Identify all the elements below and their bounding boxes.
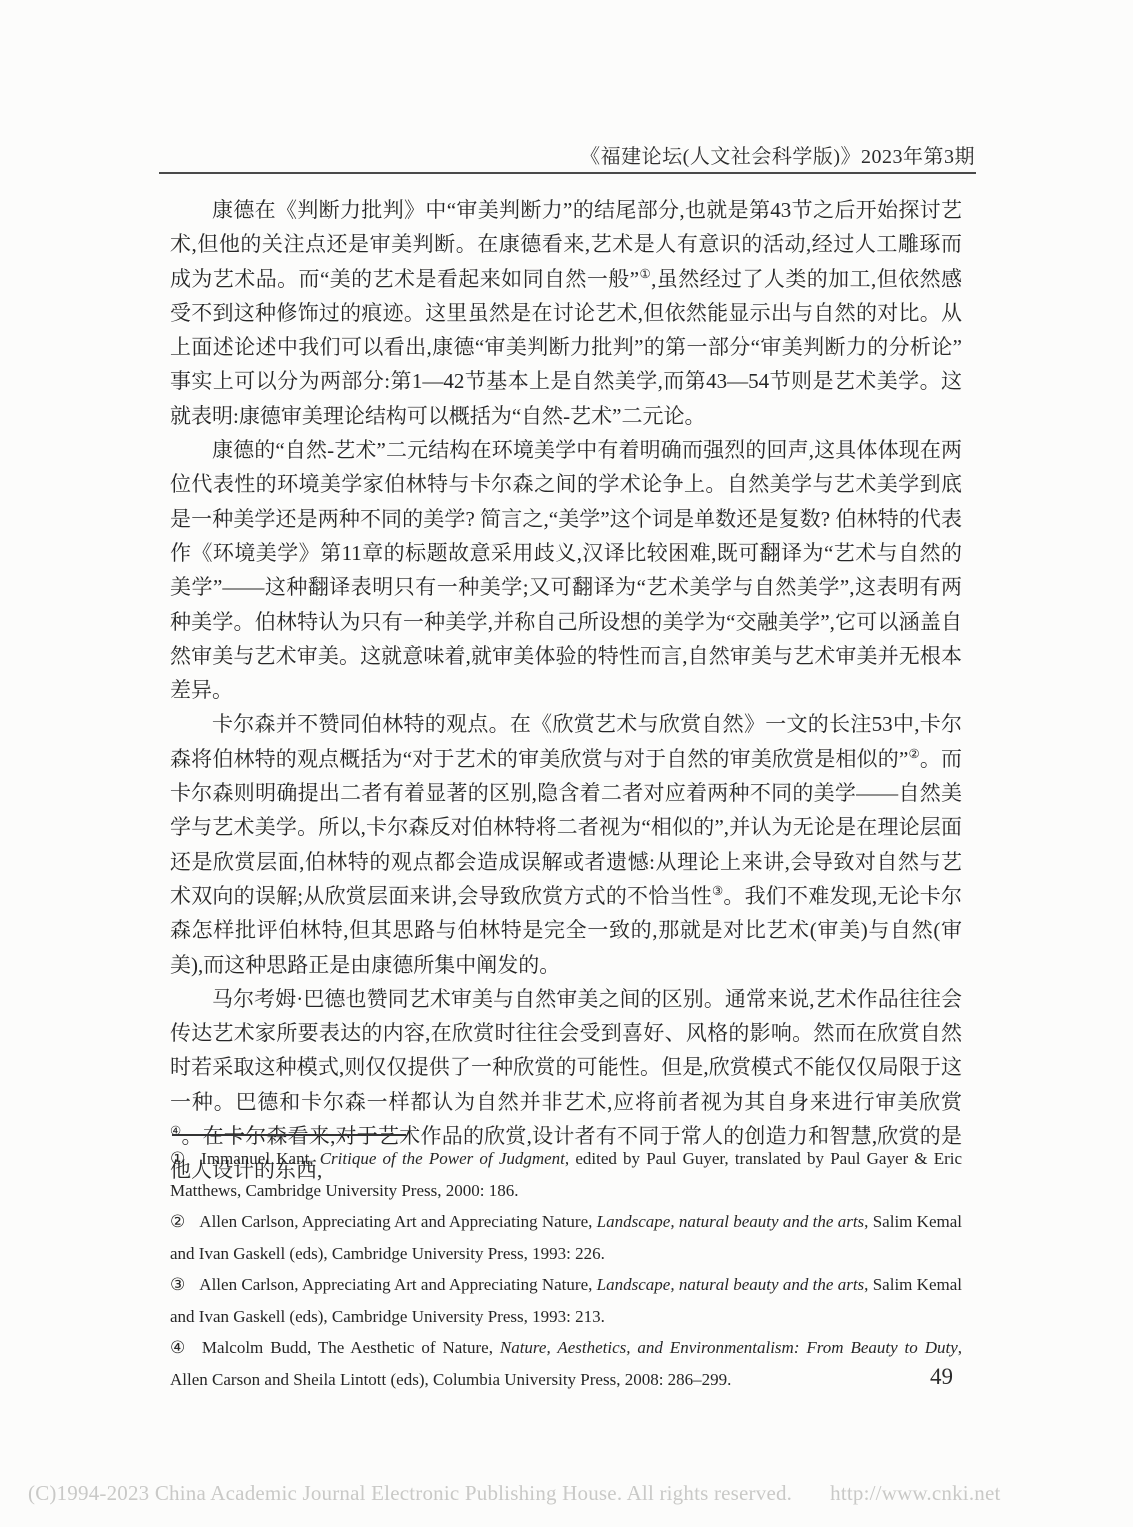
journal-header: 《福建论坛(人文社会科学版)》2023年第3期 (580, 140, 975, 169)
footnote-text: Malcolm Budd, The Aesthetic of Nature, (202, 1338, 500, 1357)
body-paragraph: 康德的“自然-艺术”二元结构在环境美学中有着明确而强烈的回声,这具体体现在两位代… (170, 433, 962, 707)
footnote-marker: ② (170, 1212, 185, 1231)
copyright-footer: (C)1994-2023 China Academic Journal Elec… (28, 1481, 1001, 1506)
cnki-url: http://www.cnki.net (830, 1481, 1000, 1505)
footnote-item: ②Allen Carlson, Appreciating Art and App… (170, 1206, 962, 1269)
footnote-book-title: Landscape, natural beauty and the arts (597, 1212, 865, 1231)
footnote-ref-1: ① (639, 267, 651, 281)
footnote-item: ③Allen Carlson, Appreciating Art and App… (170, 1269, 962, 1332)
journal-page: 《福建论坛(人文社会科学版)》2023年第3期 康德在《判断力批判》中“审美判断… (0, 0, 1133, 1527)
footnote-marker: ① (170, 1149, 187, 1168)
footnote-ref-2: ② (908, 747, 920, 761)
footnote-text: Allen Carlson, Appreciating Art and Appr… (199, 1212, 596, 1231)
footnote-marker: ③ (170, 1275, 185, 1294)
footnote-book-title: Nature, Aesthetics, and Environmentalism… (500, 1338, 958, 1357)
footnotes-section: ①Immanuel Kant, Critique of the Power of… (170, 1143, 962, 1395)
paragraph-text: 马尔考姆·巴德也赞同艺术审美与自然审美之间的区别。通常来说,艺术作品往往会传达艺… (170, 987, 962, 1114)
footnote-separator (172, 1134, 406, 1136)
page-number: 49 (930, 1364, 953, 1390)
header-rule (159, 172, 976, 174)
body-paragraph: 卡尔森并不赞同伯林特的观点。在《欣赏艺术与欣赏自然》一文的长注53中,卡尔森将伯… (170, 707, 962, 981)
footnote-book-title: Critique of the Power of Judgment (320, 1149, 565, 1168)
article-body: 康德在《判断力批判》中“审美判断力”的结尾部分,也就是第43节之后开始探讨艺术,… (170, 193, 962, 1188)
body-paragraph: 康德在《判断力批判》中“审美判断力”的结尾部分,也就是第43节之后开始探讨艺术,… (170, 193, 962, 433)
footnote-book-title: Landscape, natural beauty and the arts (597, 1275, 865, 1294)
footnote-text: Allen Carlson, Appreciating Art and Appr… (199, 1275, 596, 1294)
footnote-item: ④Malcolm Budd, The Aesthetic of Nature, … (170, 1332, 962, 1395)
paragraph-text: 卡尔森并不赞同伯林特的观点。在《欣赏艺术与欣赏自然》一文的长注53中,卡尔森将伯… (170, 712, 962, 770)
footnote-ref-3: ③ (712, 884, 723, 898)
footnote-text: Immanuel Kant, (201, 1149, 320, 1168)
footnote-item: ①Immanuel Kant, Critique of the Power of… (170, 1143, 962, 1206)
copyright-text: (C)1994-2023 China Academic Journal Elec… (28, 1481, 792, 1505)
paragraph-text: 康德的“自然-艺术”二元结构在环境美学中有着明确而强烈的回声,这具体体现在两位代… (170, 438, 962, 702)
footnote-marker: ④ (170, 1338, 188, 1357)
